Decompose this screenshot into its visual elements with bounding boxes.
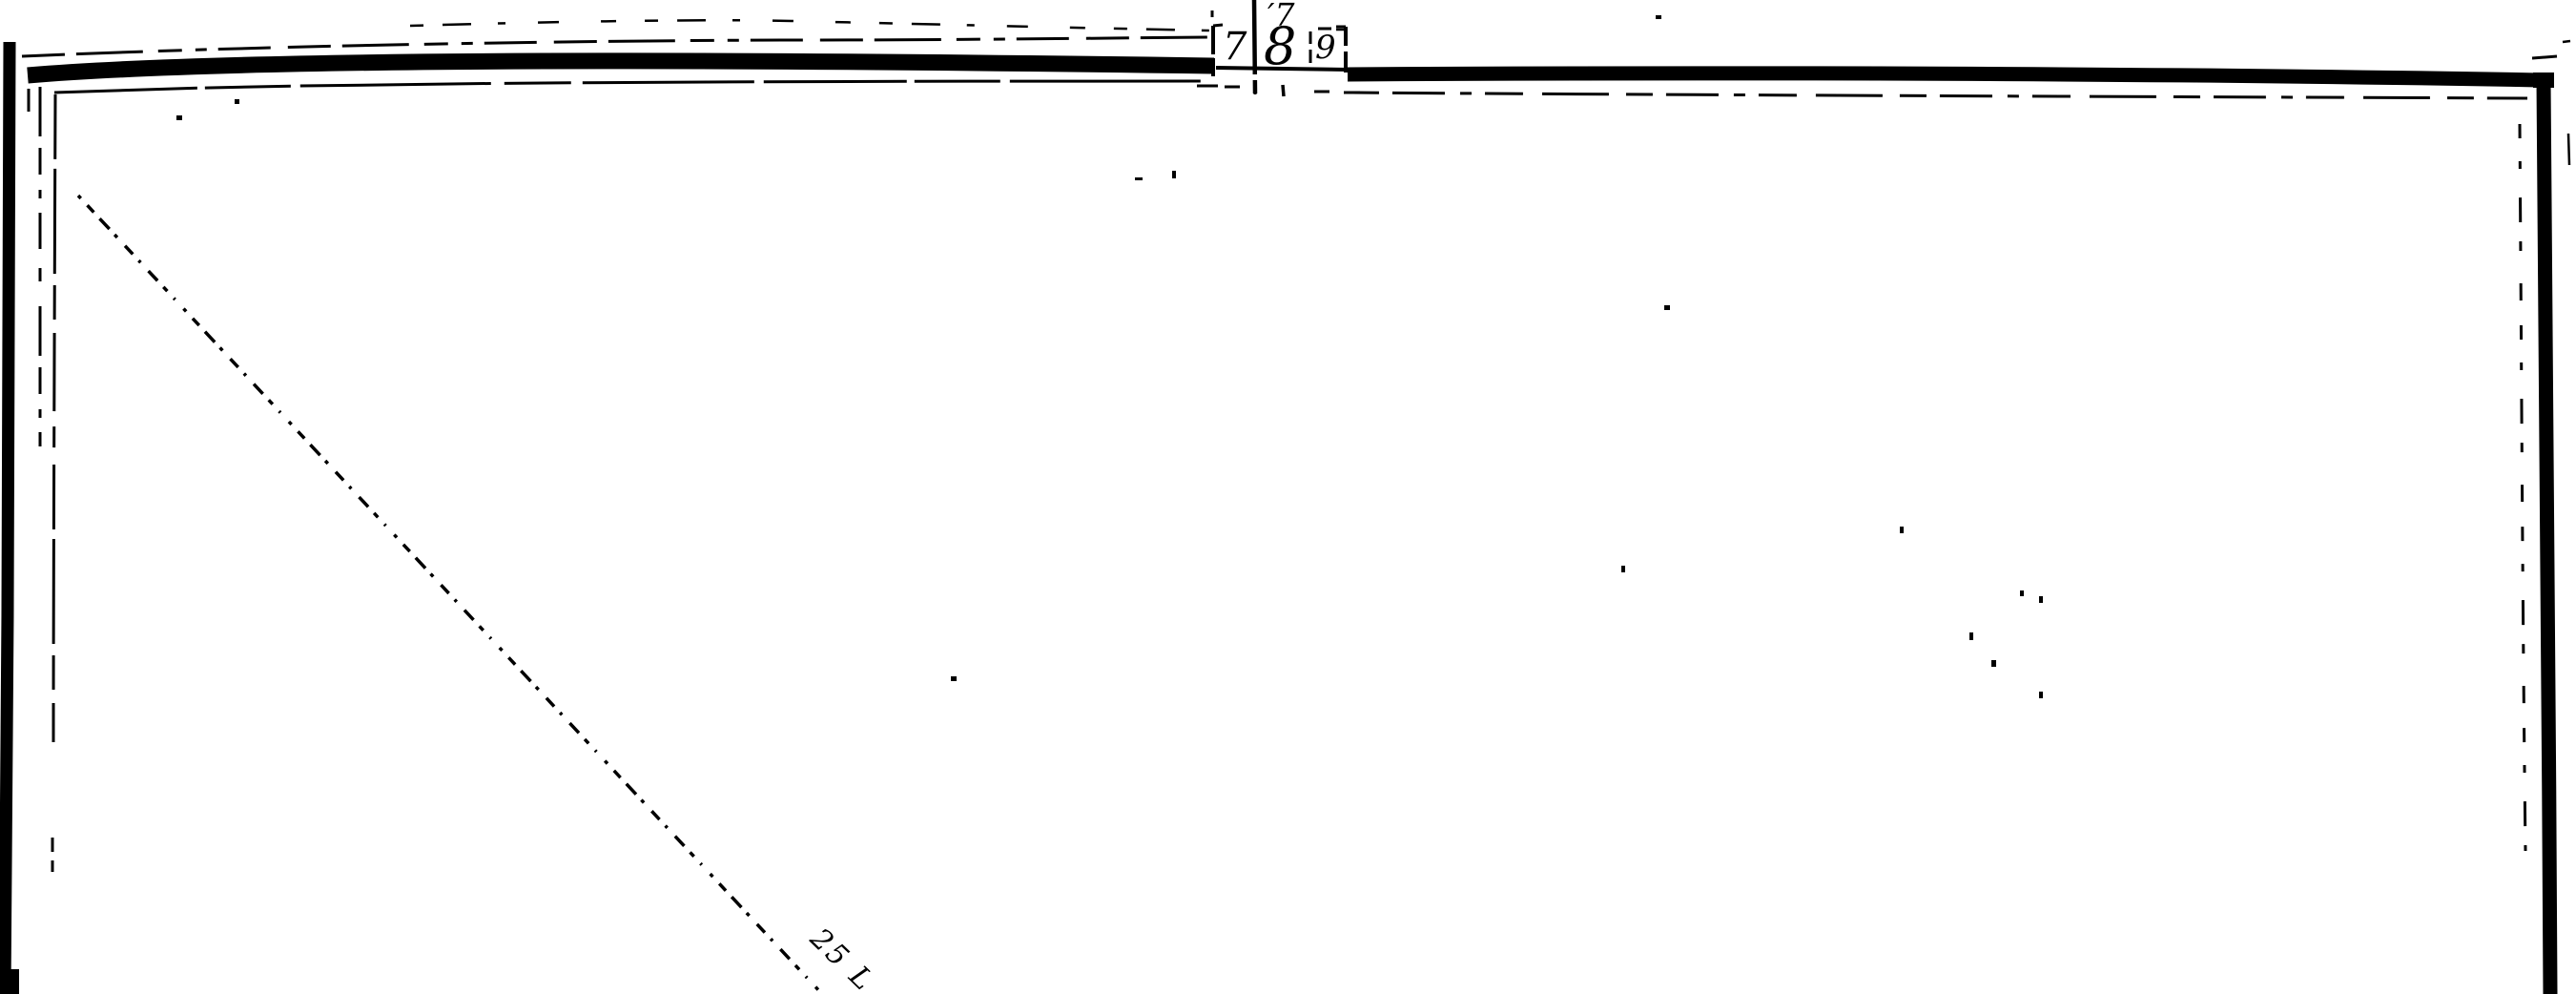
tab-center-divider [1254, 0, 1255, 93]
diagonal-boundary-dashed-line [78, 196, 822, 994]
dust-speck [951, 676, 957, 681]
sheet-scan-artwork: 7 8 ′7 9 25 L [0, 0, 2576, 994]
tab-under-dash [1283, 85, 1284, 96]
edge-stray-dash [2563, 41, 2570, 42]
dust-speck [235, 99, 239, 104]
inner-frame-line-right [2520, 124, 2525, 851]
sheet-number-tab: 7 8 ′7 9 [1197, 0, 1360, 96]
inner-frame-line-left-inner [53, 94, 55, 742]
dust-speck [2020, 590, 2024, 596]
tab-left-bracket-serif [1213, 25, 1223, 26]
left-border-thick-rule [5, 42, 10, 994]
outermost-dashed-line-above-border [410, 20, 1210, 31]
edge-stray-dash [2568, 134, 2569, 165]
top-border-thick-rule-left [28, 61, 1214, 75]
edge-stray-dash [2532, 56, 2557, 58]
inner-frame-line-top-left [54, 81, 1213, 93]
dust-speck [176, 115, 182, 120]
boundary-line-label: 25 L [803, 922, 881, 994]
dust-speck [1969, 632, 1973, 640]
dust-speck [1900, 527, 1904, 533]
left-border-foot-blot [0, 969, 19, 994]
neighbor-sheet-number-left: 7 [1223, 25, 1247, 69]
dust-speck [1621, 566, 1625, 572]
neighbor-sheet-number-above: ′7 [1267, 0, 1295, 33]
dust-speck [1991, 660, 1996, 667]
dust-speck [2039, 596, 2043, 603]
neighbor-sheet-number-right: 9 [1315, 29, 1336, 67]
dust-speck [1664, 305, 1670, 310]
dust-speck [2039, 692, 2043, 698]
dust-speck [1135, 177, 1143, 180]
dust-speck [1172, 171, 1176, 178]
top-border-thick-rule-right [1348, 73, 2539, 80]
inner-frame-line-top-right [1352, 93, 2527, 98]
dust-speck [1656, 15, 1661, 19]
right-border-thick-rule [2544, 80, 2550, 994]
scanned-map-sheet: 7 8 ′7 9 25 L [0, 0, 2576, 994]
dust-specks [176, 15, 2043, 698]
